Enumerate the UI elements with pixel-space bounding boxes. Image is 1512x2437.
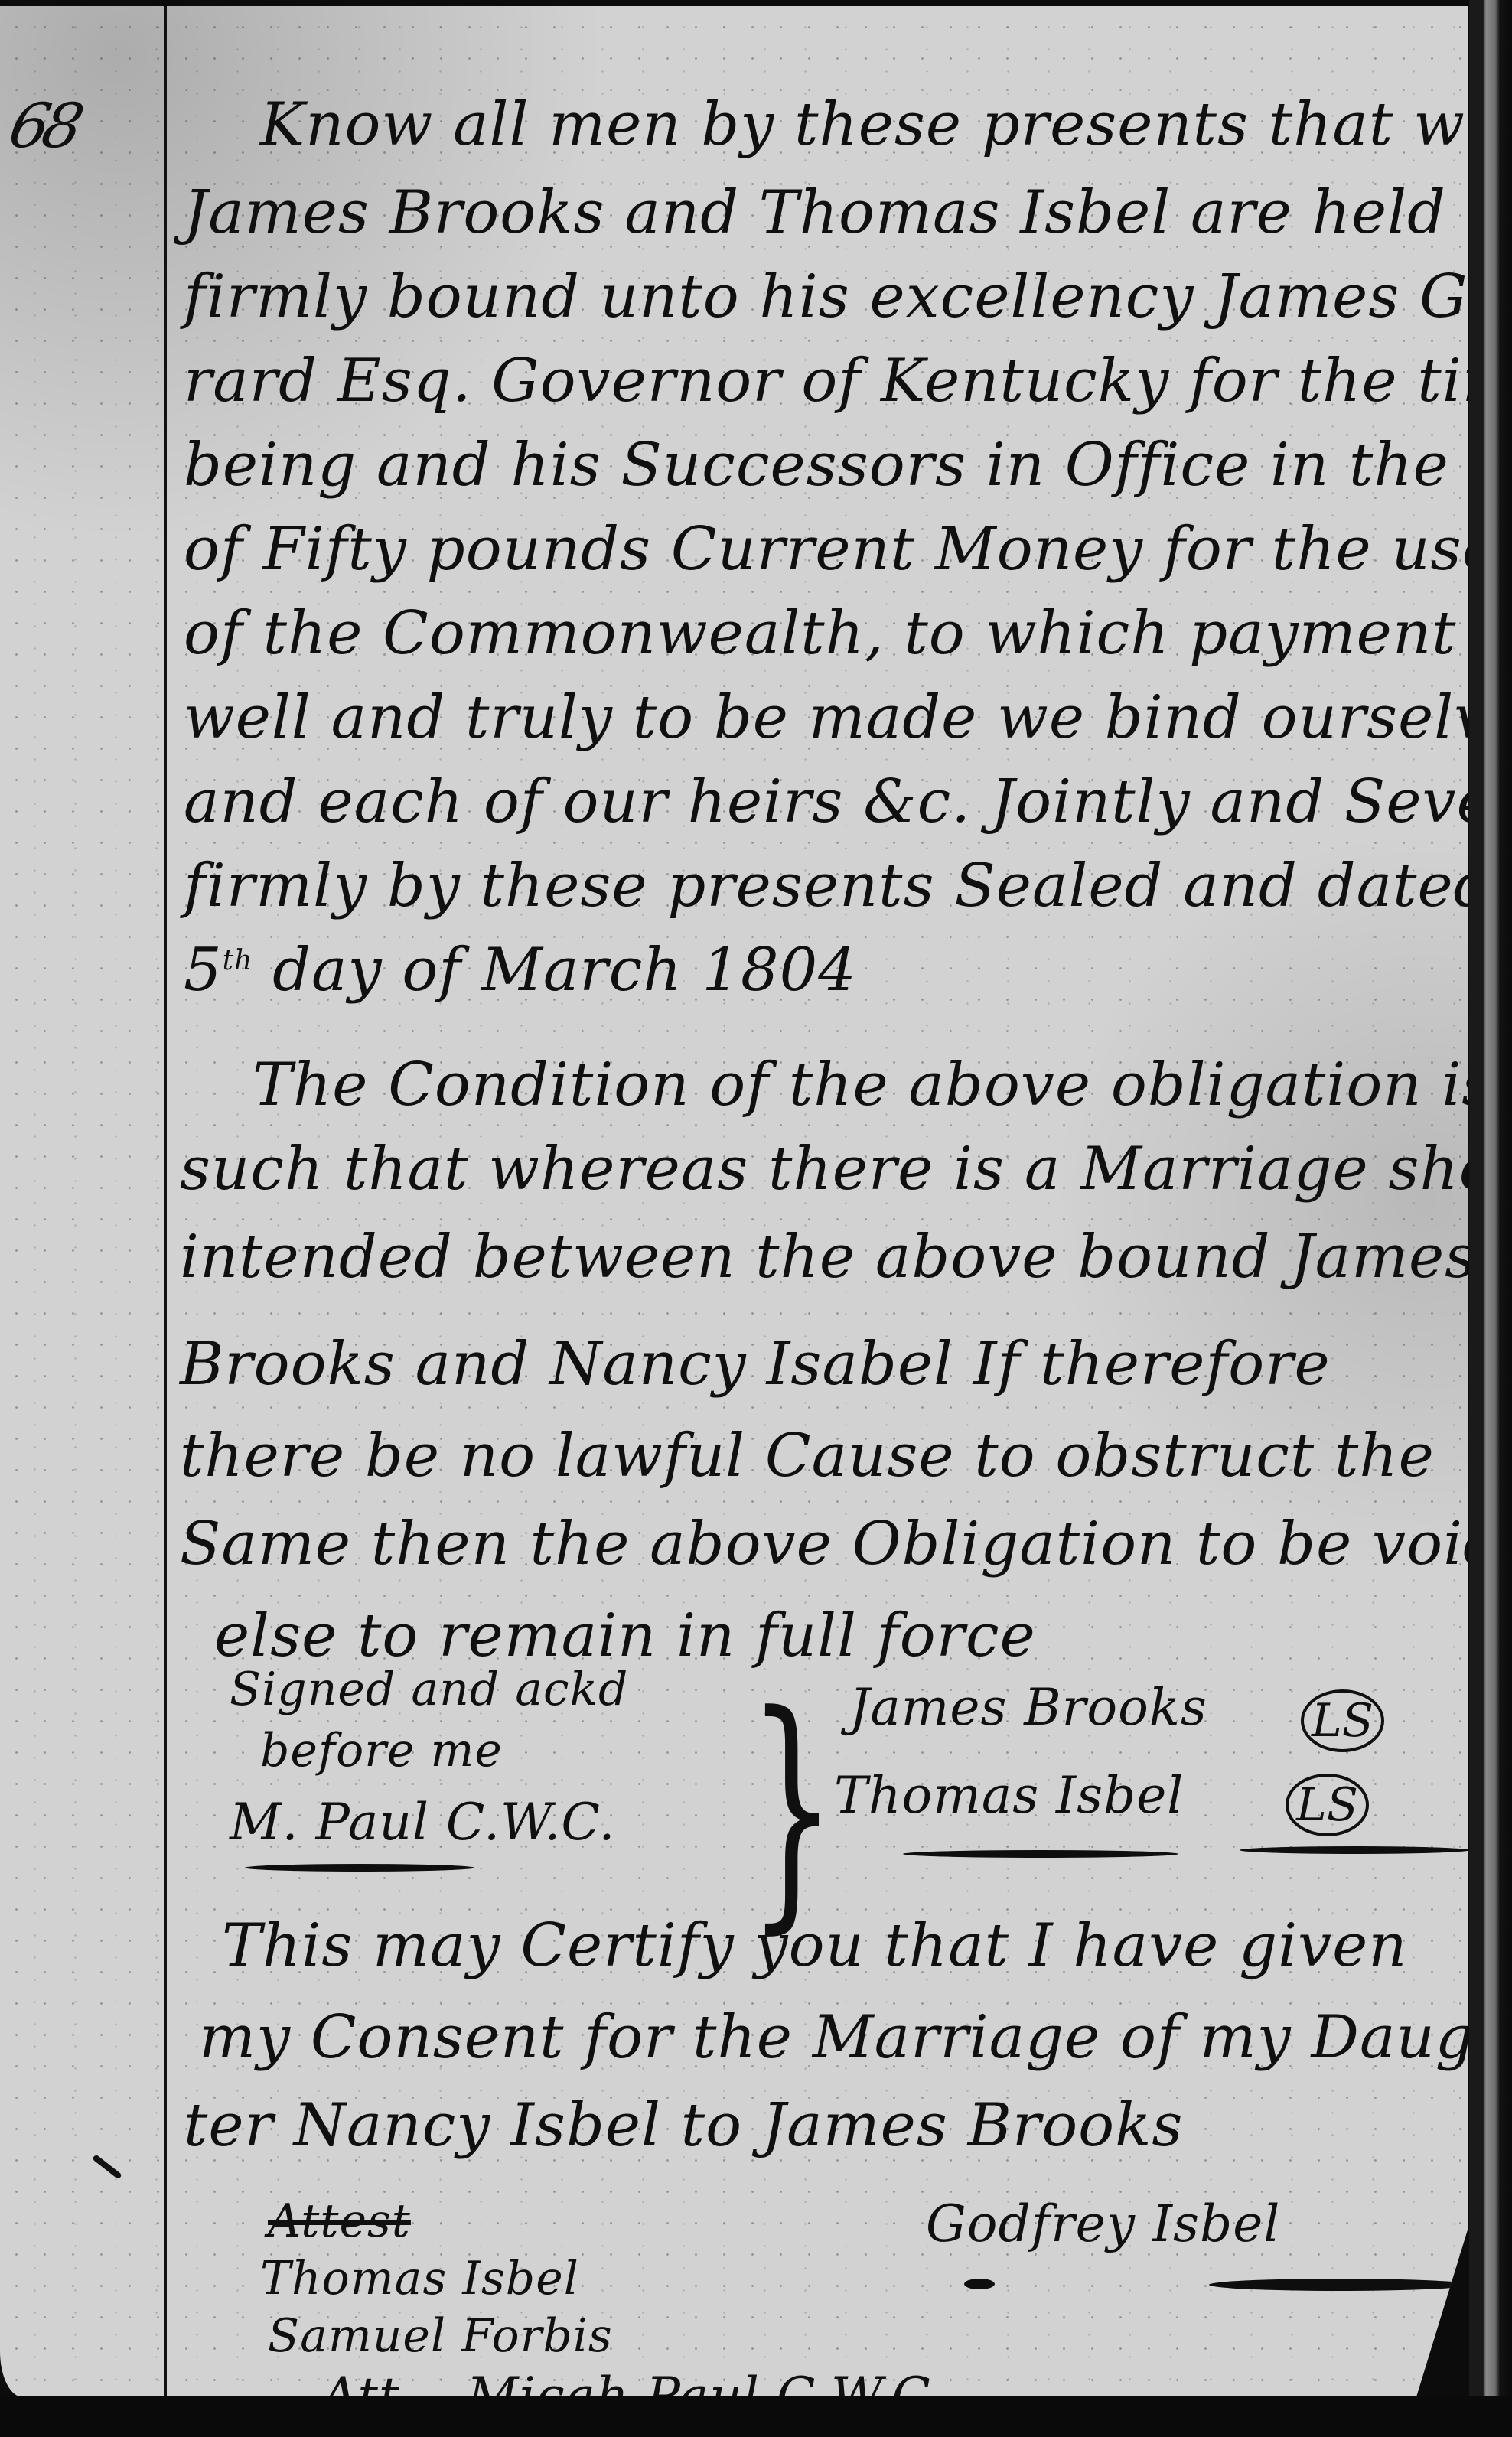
- bond-line-9: and each of our heirs &c. Jointly and Se…: [184, 767, 1512, 836]
- margin-ink-mark: [92, 2154, 122, 2179]
- brace-glyph: }: [748, 1682, 836, 1934]
- margin-rule: [164, 6, 167, 2409]
- ack-clerk: M. Paul C.W.C.: [230, 1793, 615, 1852]
- seal-2: LS: [1286, 1774, 1369, 1836]
- date-day: 5: [184, 936, 223, 1005]
- condition-line-5: there be no lawful Cause to obstruct the: [180, 1422, 1435, 1491]
- signer-ink-blot: [964, 2279, 995, 2289]
- bond-line-2: James Brooks and Thomas Isbel are held a…: [184, 178, 1512, 247]
- signatory-2-name: Thomas Isbel: [834, 1766, 1184, 1825]
- seal-1: LS: [1301, 1689, 1384, 1752]
- condition-line-3: intended between the above bound James: [180, 1223, 1476, 1292]
- condition-line-2: such that whereas there is a Marriage sh…: [180, 1135, 1512, 1204]
- signature-underline-2: [1240, 1846, 1469, 1854]
- signer-underline: [1209, 2279, 1469, 2291]
- bottom-shadow: [0, 2396, 1512, 2437]
- attest-witness-1: Thomas Isbel: [260, 2252, 579, 2305]
- date-day-suffix: th: [223, 945, 253, 976]
- page-number: 68: [3, 90, 84, 161]
- signature-underline-1: [903, 1850, 1178, 1858]
- date-line: 5th day of March 1804: [184, 936, 857, 1005]
- ack-line-1: Signed and ackd: [230, 1663, 628, 1716]
- bond-line-3: firmly bound unto his excellency James G…: [184, 262, 1512, 331]
- book-spine-edge: [1469, 0, 1512, 2437]
- manuscript-page: 68 Know all men by these presents that w…: [0, 6, 1468, 2397]
- bond-line-7: of the Commonwealth, to which payment: [184, 599, 1456, 668]
- consent-signer: Godfrey Isbel: [926, 2194, 1280, 2253]
- consent-line-1: This may Certify you that I have given: [222, 1911, 1407, 1980]
- date-rest: day of March 1804: [272, 936, 857, 1005]
- bond-line-5: being and his Successors in Office in th…: [184, 431, 1512, 500]
- bond-line-6: of Fifty pounds Current Money for the us…: [184, 515, 1498, 584]
- bond-line-10: firmly by these presents Sealed and date…: [184, 852, 1512, 920]
- ack-line-2: before me: [260, 1724, 503, 1777]
- condition-line-4: Brooks and Nancy Isabel If therefore: [180, 1330, 1331, 1399]
- ack-underline: [245, 1864, 474, 1872]
- bond-line-4: rard Esq. Governor of Kentucky for the t…: [184, 347, 1512, 415]
- attest-label: Attest: [268, 2194, 411, 2248]
- bond-line-1: Know all men by these presents that we: [260, 90, 1501, 159]
- condition-line-6: Same then the above Obligation to be voi…: [180, 1510, 1502, 1579]
- attest-witness-2: Samuel Forbis: [268, 2309, 613, 2363]
- bond-line-8: well and truly to be made we bind oursel…: [184, 683, 1512, 752]
- condition-line-7: else to remain in full force: [214, 1601, 1036, 1670]
- signatory-1-name: James Brooks: [849, 1678, 1207, 1737]
- consent-line-3: ter Nancy Isbel to James Brooks: [184, 2091, 1183, 2160]
- consent-line-2: my Consent for the Marriage of my Daugh-: [199, 2003, 1512, 2072]
- condition-line-1: The Condition of the above obligation is: [253, 1051, 1493, 1119]
